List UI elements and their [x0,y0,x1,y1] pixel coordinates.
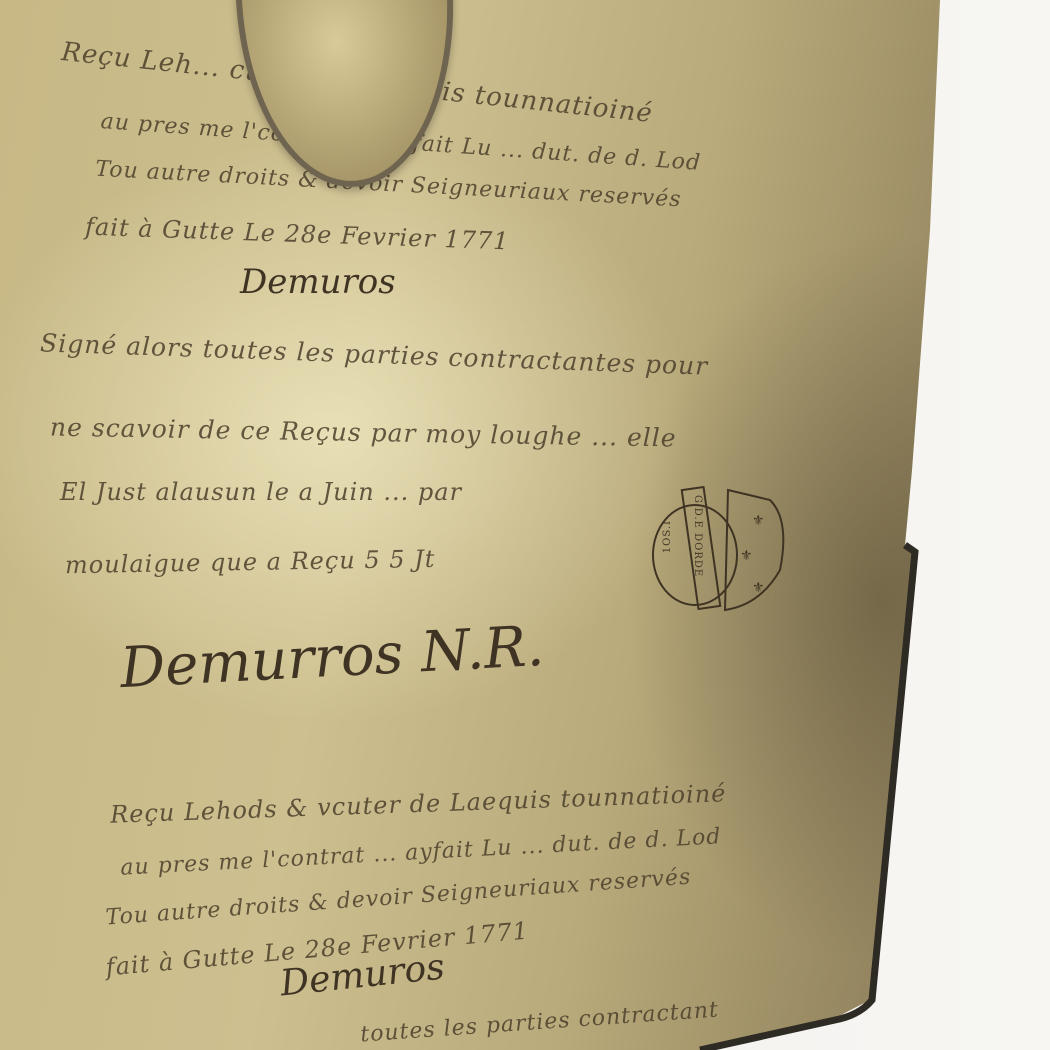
script-line: Reçu Lehods & vcuter de Laequis tounnati… [110,779,727,828]
svg-text:⚜: ⚜ [752,513,765,529]
signature-large: Demurros N.R. [119,614,546,701]
photo-scene: Reçu Leh... cuter de Laequis tounnatioin… [0,0,1050,1050]
svg-text:⚜: ⚜ [740,548,753,564]
script-line: toutes les parties contractant [360,998,720,1048]
script-line: moulaigue que a Reçu 5 5 Jt [65,545,436,579]
crest-ring-text: 1OS.I [662,520,673,553]
svg-text:⚜: ⚜ [752,580,765,596]
signature-small: Demuros [240,262,396,302]
crest-banner-text: G.D.E DORDE [692,495,703,577]
script-line: Signé alors toutes les parties contracta… [40,328,709,380]
script-line: fait à Gutte Le 28e Fevrier 1771 [85,213,510,256]
heraldic-crest: ⚜ ⚜ ⚜ G.D.E DORDE 1OS.I [640,480,800,630]
crest-icon: ⚜ ⚜ ⚜ [640,480,800,630]
script-line: El Just alausun le a Juin ... par [60,478,462,506]
script-line: ne scavoir de ce Reçus par moy loughe ..… [50,413,677,453]
